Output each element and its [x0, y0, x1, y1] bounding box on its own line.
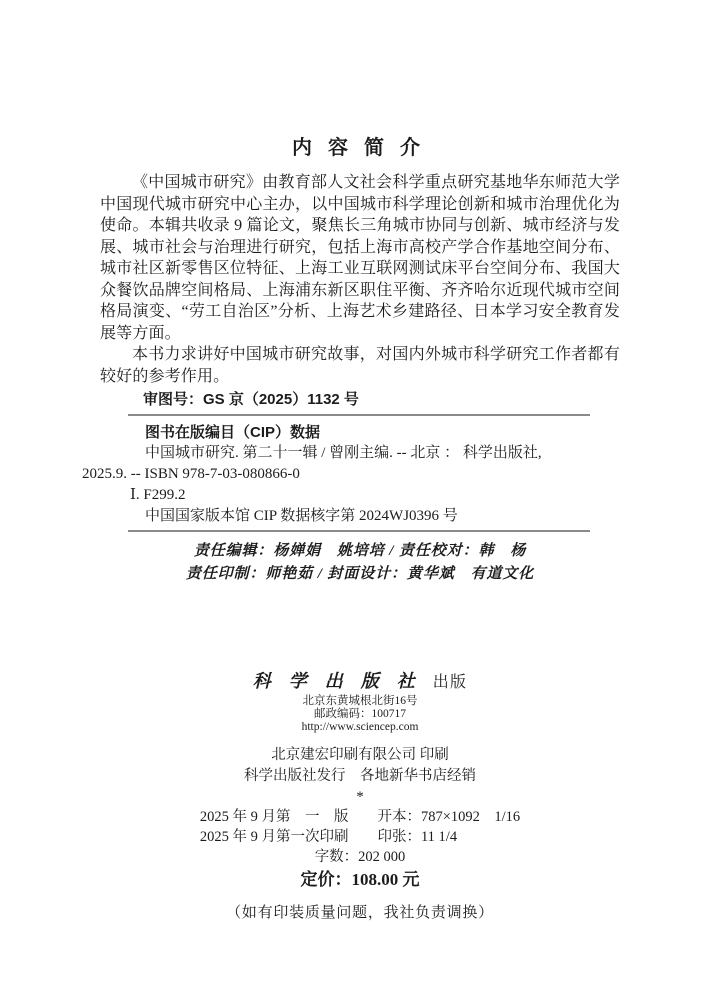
credits-editors-line: 责任编辑：杨婵娟 姚培培 / 责任校对：韩 杨 — [100, 540, 620, 563]
book-abstract: 《中国城市研究》由教育部人文社会科学重点研究基地华东师范大学中国现代城市研究中心… — [100, 172, 620, 387]
book-copyright-page: 内容简介 《中国城市研究》由教育部人文社会科学重点研究基地华东师范大学中国现代城… — [0, 0, 720, 1000]
word-count-line: 字数：202 000 — [100, 847, 620, 867]
cip-record-number: 中国国家版本馆 CIP 数据核字第 2024WJ0396 号 — [100, 506, 620, 527]
cip-entry-line-2: 2025.9. -- ISBN 978-7-03-080866-0 — [82, 464, 620, 485]
publisher-block: 科学出版社出版 北京东黄城根北街16号 邮政编码：100717 http://w… — [100, 670, 620, 734]
impression-line: 2025 年 9 月第一次印刷 印张：11 1/4 — [200, 827, 520, 847]
edition-info: 2025 年 9 月第 一 版 开本：787×1092 1/16 2025 年 … — [100, 807, 620, 847]
divider-line-bottom — [128, 530, 590, 532]
divider-line-top — [128, 414, 590, 416]
cip-heading: 图书在版编目（CIP）数据 — [100, 422, 620, 443]
publisher-postcode: 邮政编码：100717 — [100, 708, 620, 721]
publisher-address: 北京东黄城根北街16号 — [100, 695, 620, 708]
cip-classification: Ⅰ. F299.2 — [100, 485, 620, 506]
quality-guarantee-note: （如有印装质量问题，我社负责调换） — [100, 903, 620, 923]
publisher-line: 科学出版社出版 — [100, 670, 620, 695]
map-approval-number: 审图号：GS 京（2025）1132 号 — [100, 390, 620, 410]
page-content: 内容简介 《中国城市研究》由教育部人文社会科学重点研究基地华东师范大学中国现代城… — [100, 136, 620, 923]
printer-line: 北京建宏印刷有限公司 印刷 — [100, 745, 620, 766]
price-line: 定价：108.00 元 — [100, 869, 620, 891]
edition-line: 2025 年 9 月第 一 版 开本：787×1092 1/16 — [200, 807, 520, 827]
publisher-website: http://www.sciencep.com — [100, 721, 620, 734]
publisher-name: 科学出版社 — [253, 671, 433, 692]
credits-print-design-line: 责任印制：师艳茹 / 封面设计：黄华斌 有道文化 — [100, 563, 620, 586]
section-title: 内容简介 — [100, 136, 620, 160]
publisher-publish-label: 出版 — [433, 674, 468, 691]
cip-data-block: 图书在版编目（CIP）数据 中国城市研究. 第二十一辑 / 曾刚主编. -- 北… — [100, 422, 620, 527]
asterisk-separator: * — [100, 790, 620, 805]
cip-entry-line-1: 中国城市研究. 第二十一辑 / 曾刚主编. -- 北京 ： 科学出版社, — [100, 443, 620, 464]
abstract-paragraph-2: 本书力求讲好中国城市研究故事，对国内外城市科学研究工作者都有较好的参考作用。 — [100, 344, 620, 387]
distribution-line: 科学出版社发行 各地新华书店经销 — [100, 766, 620, 787]
edition-info-inner: 2025 年 9 月第 一 版 开本：787×1092 1/16 2025 年 … — [200, 807, 520, 847]
printing-block: 北京建宏印刷有限公司 印刷 科学出版社发行 各地新华书店经销 — [100, 745, 620, 787]
staff-credits: 责任编辑：杨婵娟 姚培培 / 责任校对：韩 杨 责任印制：师艳茹 / 封面设计：… — [100, 540, 620, 586]
abstract-paragraph-1: 《中国城市研究》由教育部人文社会科学重点研究基地华东师范大学中国现代城市研究中心… — [100, 172, 620, 344]
